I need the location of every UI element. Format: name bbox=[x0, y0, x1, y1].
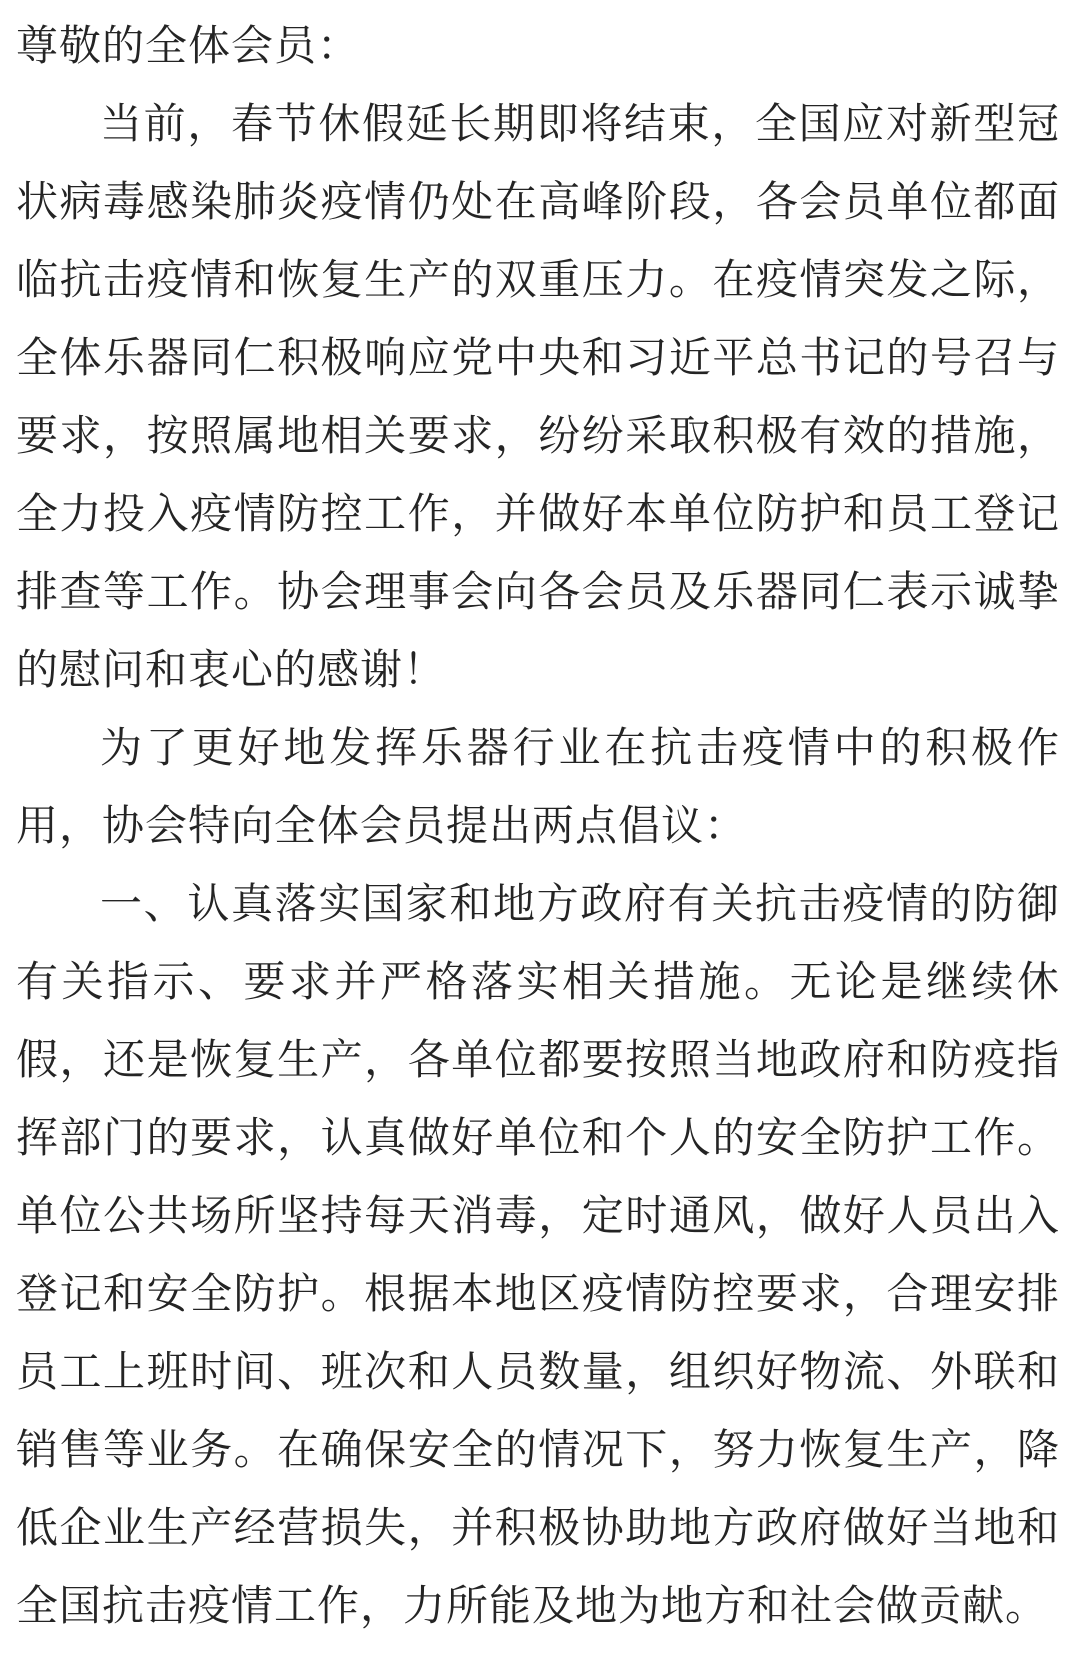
paragraph-proposal-item-1: 一、认真落实国家和地方政府有关抗击疫情的防御有关指示、要求并严格落实相关措施。无… bbox=[16, 866, 1060, 1646]
document-page: 尊敬的全体会员： 当前，春节休假延长期即将结束，全国应对新型冠状病毒感染肺炎疫情… bbox=[0, 0, 1080, 1656]
paragraph-intro: 当前，春节休假延长期即将结束，全国应对新型冠状病毒感染肺炎疫情仍处在高峰阶段，各… bbox=[16, 86, 1060, 710]
paragraph-proposal-lead: 为了更好地发挥乐器行业在抗击疫情中的积极作用，协会特向全体会员提出两点倡议： bbox=[16, 710, 1060, 866]
salutation-line: 尊敬的全体会员： bbox=[16, 8, 1060, 86]
